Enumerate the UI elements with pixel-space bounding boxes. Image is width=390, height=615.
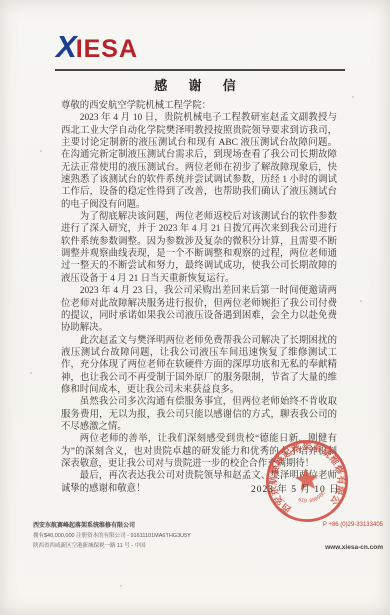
scan-speck bbox=[40, 150, 42, 152]
letter-greeting: 尊敬的西安航空学院机械工程学院： bbox=[61, 100, 337, 112]
scan-speck bbox=[30, 372, 32, 374]
letter-date: 2023 年 5 月 10 日 bbox=[251, 481, 340, 495]
letter-body: 尊敬的西安航空学院机械工程学院： 2023 年 4 月 10 日，贵院机械电子工… bbox=[61, 100, 337, 495]
xiesa-logo: XIESA bbox=[56, 30, 138, 70]
logo-letters-iesa: IESA bbox=[76, 35, 138, 63]
footer-company-block: 西安东航赛峰起落架系统维修有限公司 拥有$40,000,000 注册资本的有限公… bbox=[33, 520, 253, 551]
letter-title: 感 谢 信 bbox=[0, 75, 390, 94]
logo-letter-x: X bbox=[56, 29, 76, 64]
header-divider bbox=[55, 69, 345, 71]
scan-speck bbox=[352, 96, 354, 98]
footer-company-name: 西安东航赛峰起落架系统维修有限公司 bbox=[33, 520, 253, 529]
scan-speck bbox=[360, 300, 362, 302]
letter-page: XIESA 感 谢 信 尊敬的西安航空学院机械工程学院： 2023 年 4 月 … bbox=[0, 0, 390, 615]
footer-capital-line: 拥有$40,000,000 注册资本的有限公司 - 91611101MA6THG… bbox=[33, 531, 253, 539]
scan-speck bbox=[120, 585, 122, 587]
letter-paragraph: 此次赵孟文与樊泽明两位老师免费帮我公司解决了长期困扰的液压测试台故障问题，让我公… bbox=[61, 335, 337, 397]
letter-paragraph: 2023 年 4 月 23 日，我公司采购出差回来后第一时间便邀请两位老师对此故… bbox=[61, 285, 337, 334]
footer-website: www.xiesa-cn.com bbox=[263, 544, 383, 551]
letter-paragraph: 为了彻底解决该问题，两位老师返校后对该测试台的软件参数进行了深入研究，并于 20… bbox=[61, 211, 337, 285]
letter-paragraph: 虽然我公司多次沟通有偿服务事宜，但两位老师始终不肯收取服务费用，无以为报，我公司… bbox=[61, 396, 337, 433]
footer-address-line: 陕西省西咸新区空港新城保税一路 11 号 - 中国 bbox=[33, 541, 253, 549]
letter-paragraph: 2023 年 4 月 10 日，贵院机械电子工程教研室赵孟文副教授与西北工业大学… bbox=[61, 112, 337, 211]
